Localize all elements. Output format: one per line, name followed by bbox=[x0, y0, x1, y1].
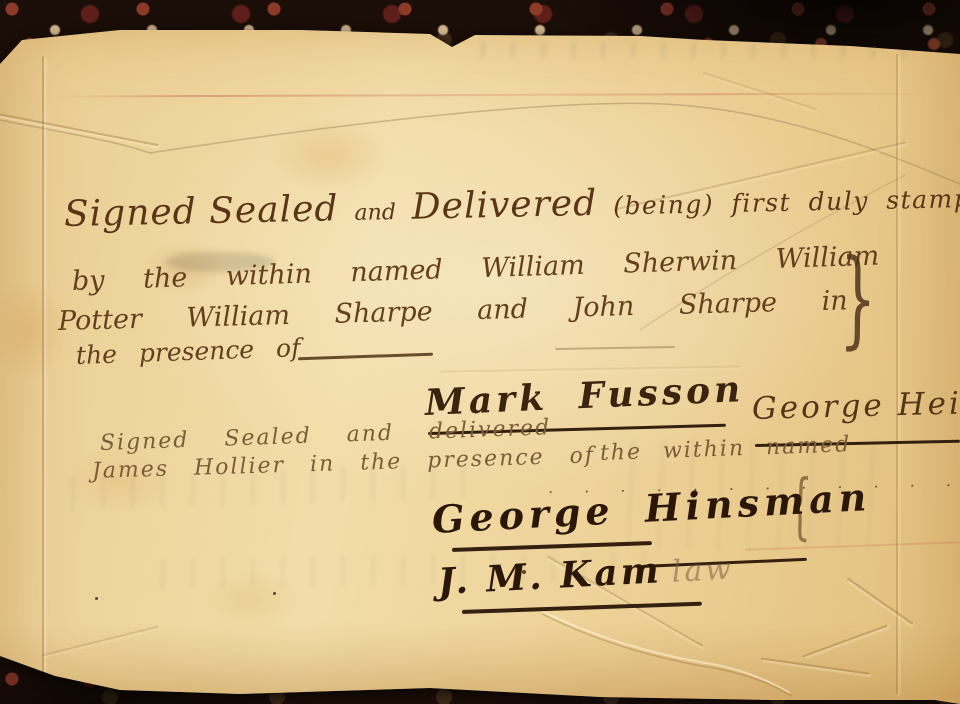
crease-line bbox=[42, 56, 44, 676]
ink-speck bbox=[273, 592, 276, 595]
ink-speck bbox=[95, 597, 98, 600]
parchment-wrapper: Signed Sealed and Delivered (being) firs… bbox=[0, 0, 960, 704]
photograph: Signed Sealed and Delivered (being) firs… bbox=[0, 0, 960, 704]
signature-flourish: law bbox=[671, 552, 735, 590]
bleedthrough-writing bbox=[470, 42, 910, 58]
parchment-sheet: Signed Sealed and Delivered (being) firs… bbox=[0, 0, 960, 704]
right-brace-mark: } bbox=[839, 236, 877, 360]
clause1-opening-words: Signed Sealed bbox=[64, 188, 339, 235]
clause1-delivered: Delivered bbox=[411, 183, 597, 228]
crease-line bbox=[896, 54, 898, 694]
clause1-connector: and bbox=[354, 200, 396, 226]
clause1-stamp-phrase: (being) first duly stamped bbox=[613, 183, 960, 220]
